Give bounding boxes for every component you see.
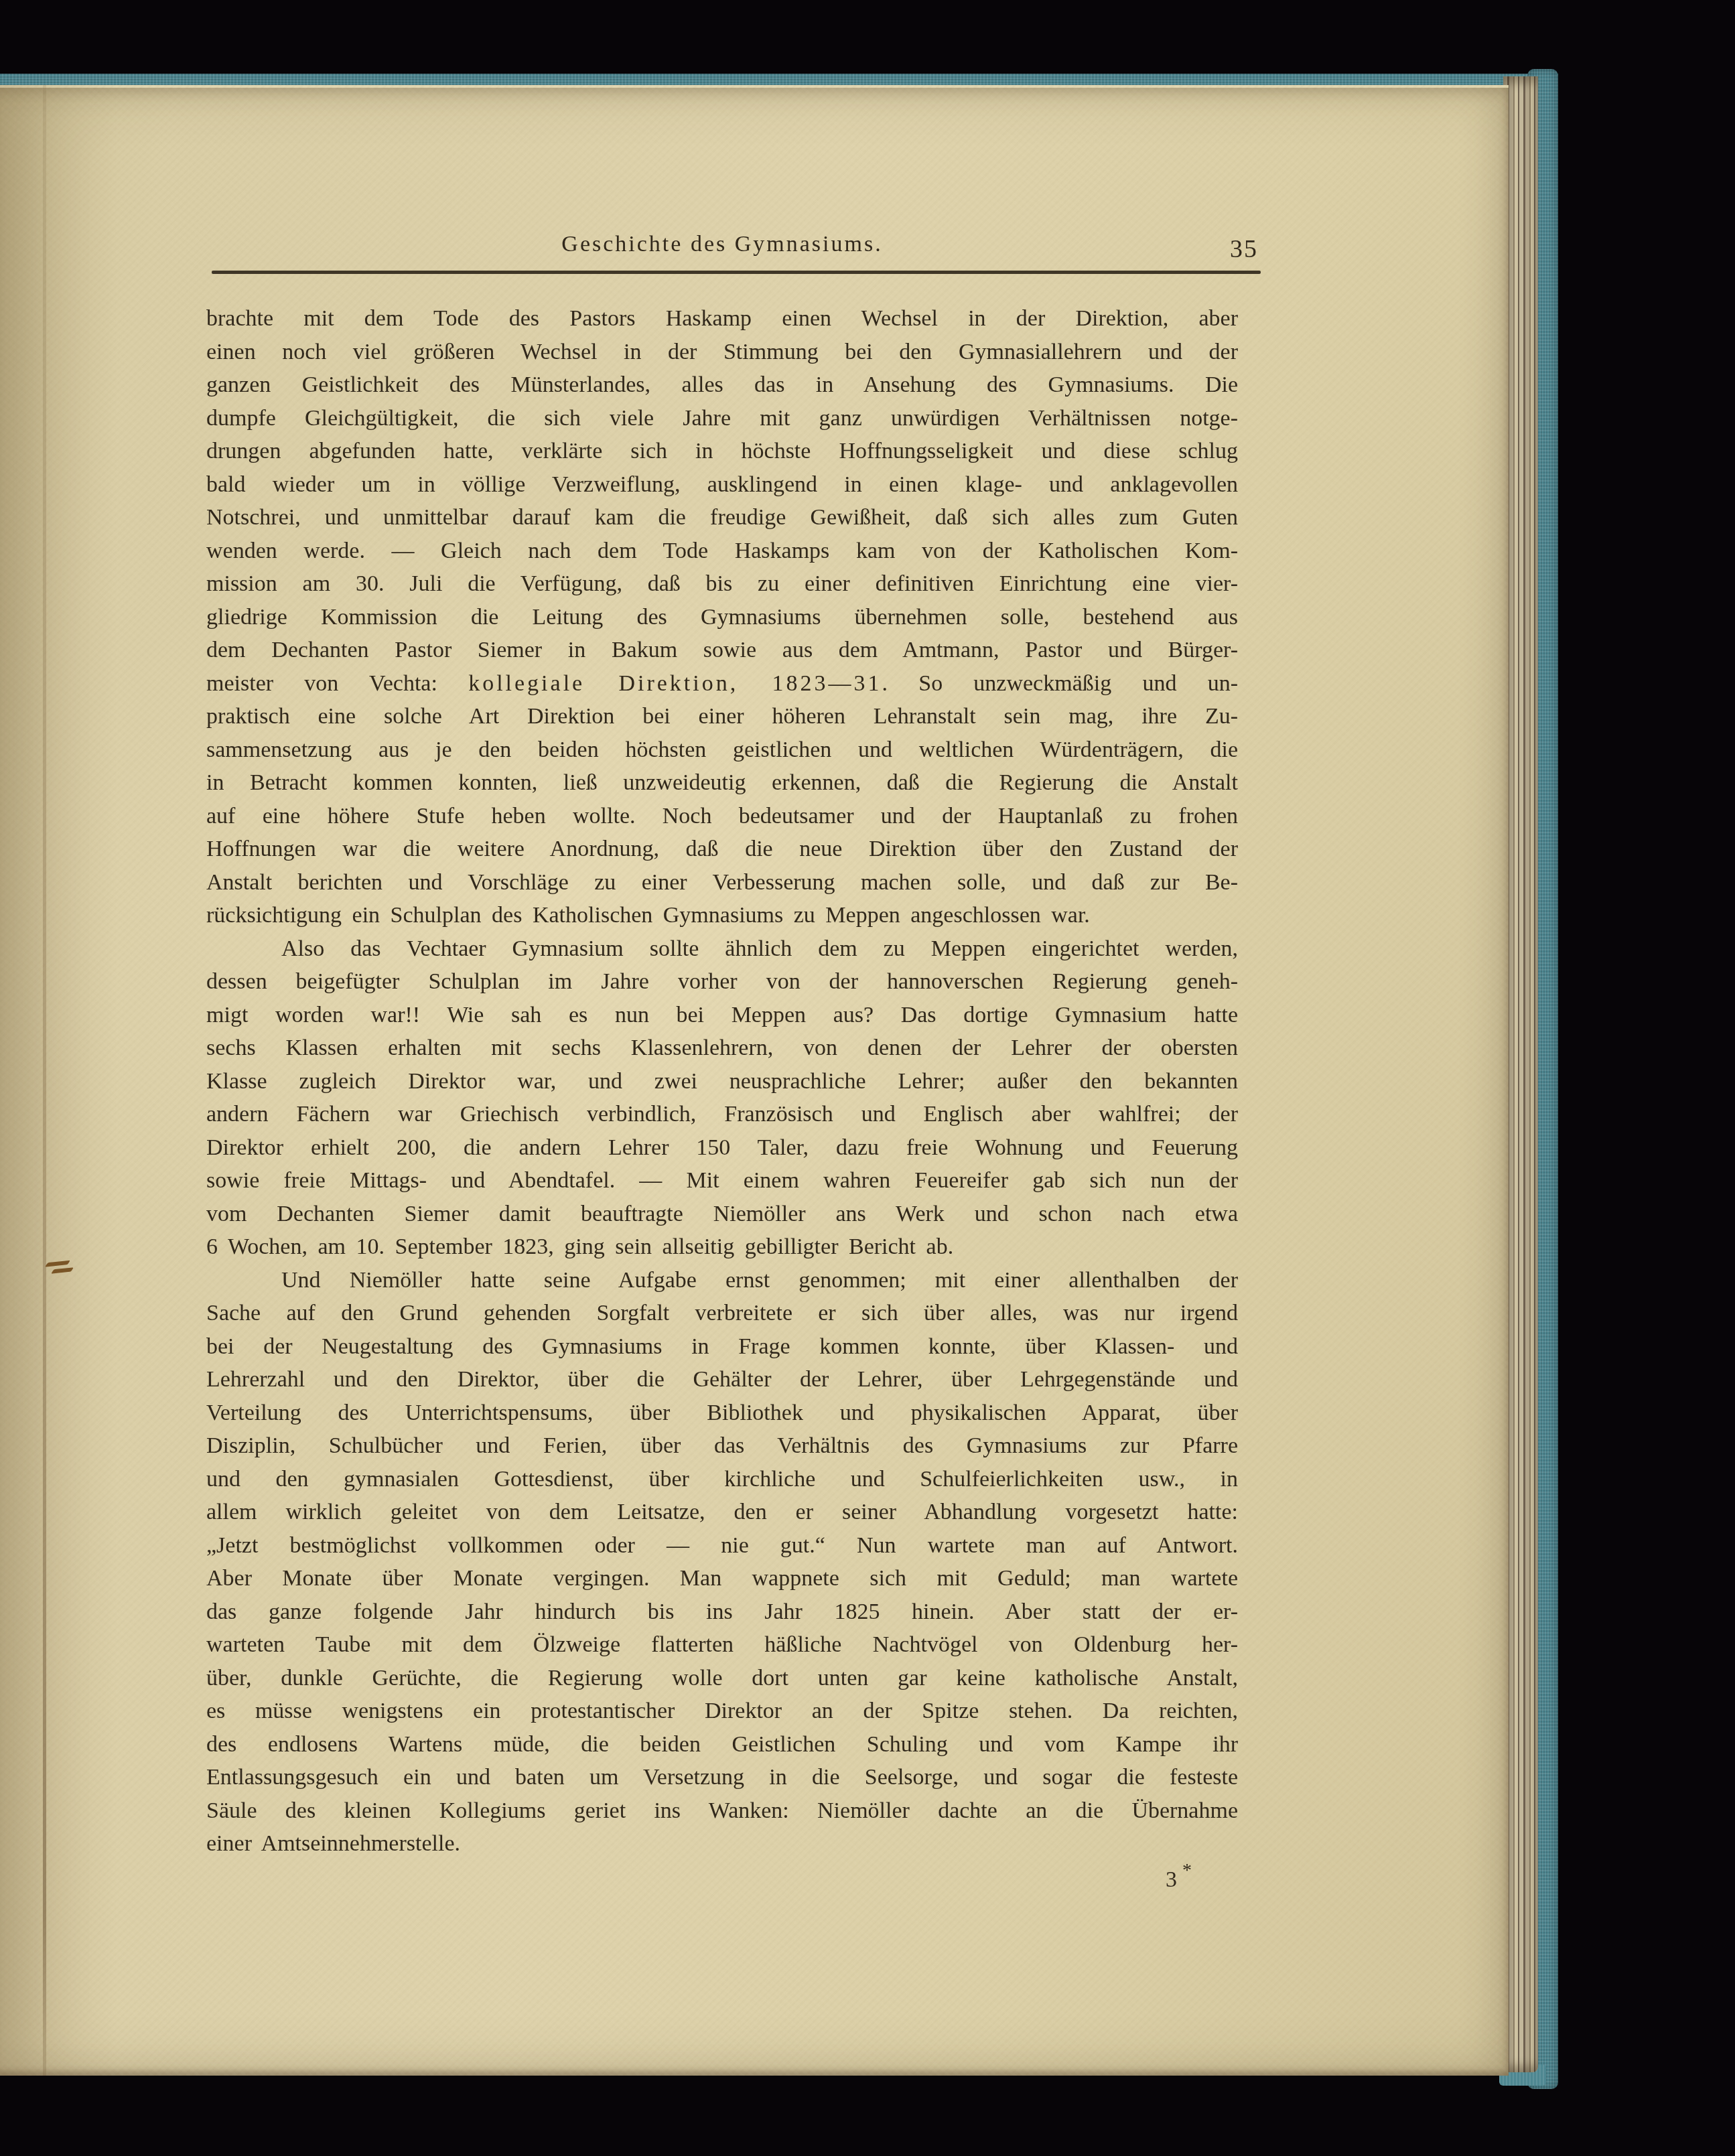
text-line: warteten Taube mit dem Ölzweige flattert… bbox=[206, 1628, 1238, 1662]
text-line: Sache auf den Grund gehenden Sorgfalt ve… bbox=[206, 1297, 1238, 1330]
paragraph: Und Niemöller hatte seine Aufgabe ernst … bbox=[206, 1264, 1238, 1861]
text-line: sechs Klassen erhalten mit sechs Klassen… bbox=[206, 1031, 1238, 1065]
text-line: sammensetzung aus je den beiden höchsten… bbox=[206, 733, 1238, 767]
text-line: Klasse zugleich Direktor war, und zwei n… bbox=[206, 1065, 1238, 1098]
text-line: Disziplin, Schulbücher und Ferien, über … bbox=[206, 1429, 1238, 1463]
text-line: 6 Wochen, am 10. September 1823, ging se… bbox=[206, 1230, 1238, 1264]
scan-background: Geschichte des Gymnasiums. 35 brachte mi… bbox=[0, 0, 1735, 2156]
text-line: Lehrerzahl und den Direktor, über die Ge… bbox=[206, 1363, 1238, 1396]
text-line: brachte mit dem Tode des Pastors Haskamp… bbox=[206, 302, 1238, 336]
signature-mark: 3* bbox=[1166, 1867, 1186, 1893]
body-text: brachte mit dem Tode des Pastors Haskamp… bbox=[206, 302, 1238, 1861]
text-line: gliedrige Kommission die Leitung des Gym… bbox=[206, 601, 1238, 634]
text-line: drungen abgefunden hatte, verklärte sich… bbox=[206, 435, 1238, 468]
text-line: Direktor erhielt 200, die andern Lehrer … bbox=[206, 1131, 1238, 1165]
signature-number: 3 bbox=[1166, 1867, 1177, 1892]
paragraph: brachte mit dem Tode des Pastors Haskamp… bbox=[206, 302, 1238, 932]
text-line: Und Niemöller hatte seine Aufgabe ernst … bbox=[206, 1264, 1238, 1297]
text-line: meister von Vechta: kollegiale Direktion… bbox=[206, 667, 1238, 701]
text-line: Notschrei, und unmittelbar darauf kam di… bbox=[206, 501, 1238, 534]
text-line: Anstalt berichten und Vorschläge zu eine… bbox=[206, 866, 1238, 900]
text-line: mission am 30. Juli die Verfügung, daß b… bbox=[206, 567, 1238, 601]
text-line: allem wirklich geleitet von dem Leitsatz… bbox=[206, 1496, 1238, 1529]
text-line: Verteilung des Unterrichtspensums, über … bbox=[206, 1396, 1238, 1430]
text-line: Säule des kleinen Kollegiums geriet ins … bbox=[206, 1794, 1238, 1828]
text-line: einer Amtseinnehmerstelle. bbox=[206, 1827, 1238, 1861]
text-line: einen noch viel größeren Wechsel in der … bbox=[206, 336, 1238, 369]
text-line: dessen beigefügter Schulplan im Jahre vo… bbox=[206, 965, 1238, 999]
gutter-shadow bbox=[0, 85, 118, 2076]
text-line: praktisch eine solche Art Direktion bei … bbox=[206, 700, 1238, 733]
text-line: Entlassungsgesuch ein und baten um Verse… bbox=[206, 1761, 1238, 1794]
text-line: „Jetzt bestmöglichst vollkommen oder — n… bbox=[206, 1529, 1238, 1563]
text-line: des endlosens Wartens müde, die beiden G… bbox=[206, 1728, 1238, 1762]
signature-asterisk: * bbox=[1182, 1860, 1192, 1881]
text-line: migt worden war!! Wie sah es nun bei Mep… bbox=[206, 999, 1238, 1032]
text-line: das ganze folgende Jahr hindurch bis ins… bbox=[206, 1595, 1238, 1629]
text-line: sowie freie Mittags- und Abendtafel. — M… bbox=[206, 1164, 1238, 1198]
text-line: dumpfe Gleichgültigkeit, die sich viele … bbox=[206, 402, 1238, 435]
text-line: auf eine höhere Stufe heben wollte. Noch… bbox=[206, 800, 1238, 833]
text-line: bald wieder um in völlige Verzweiflung, … bbox=[206, 468, 1238, 502]
text-line: Also das Vechtaer Gymnasium sollte ähnli… bbox=[206, 932, 1238, 966]
text-line: bei der Neugestaltung des Gymnasiums in … bbox=[206, 1330, 1238, 1364]
running-header-title: Geschichte des Gymnasiums. bbox=[206, 232, 1238, 257]
text-line: Aber Monate über Monate vergingen. Man w… bbox=[206, 1562, 1238, 1595]
gutter-crease bbox=[43, 85, 46, 2076]
text-line: vom Dechanten Siemer damit beauftragte N… bbox=[206, 1198, 1238, 1231]
text-line: Hoffnungen war die weitere Anordnung, da… bbox=[206, 833, 1238, 866]
text-line: in Betracht kommen konnten, ließ unzweid… bbox=[206, 766, 1238, 800]
text-line: dem Dechanten Pastor Siemer in Bakum sow… bbox=[206, 634, 1238, 667]
text-line: rücksichtigung ein Schulplan des Katholi… bbox=[206, 899, 1238, 932]
text-line: andern Fächern war Griechisch verbindlic… bbox=[206, 1098, 1238, 1131]
margin-ink-mark bbox=[46, 1260, 78, 1281]
paragraph: Also das Vechtaer Gymnasium sollte ähnli… bbox=[206, 932, 1238, 1264]
text-line: und den gymnasialen Gottesdienst, über k… bbox=[206, 1463, 1238, 1496]
text-line: ganzen Geistlichkeit des Münsterlandes, … bbox=[206, 368, 1238, 402]
header-rule bbox=[212, 271, 1261, 274]
text-line: es müsse wenigstens ein protestantischer… bbox=[206, 1695, 1238, 1728]
letterspaced-phrase: kollegiale Direktion, 1823—31 bbox=[468, 671, 882, 696]
text-line: über, dunkle Gerüchte, die Regierung wol… bbox=[206, 1662, 1238, 1695]
text-line: wenden werde. — Gleich nach dem Tode Has… bbox=[206, 534, 1238, 568]
page-number: 35 bbox=[1230, 234, 1258, 264]
